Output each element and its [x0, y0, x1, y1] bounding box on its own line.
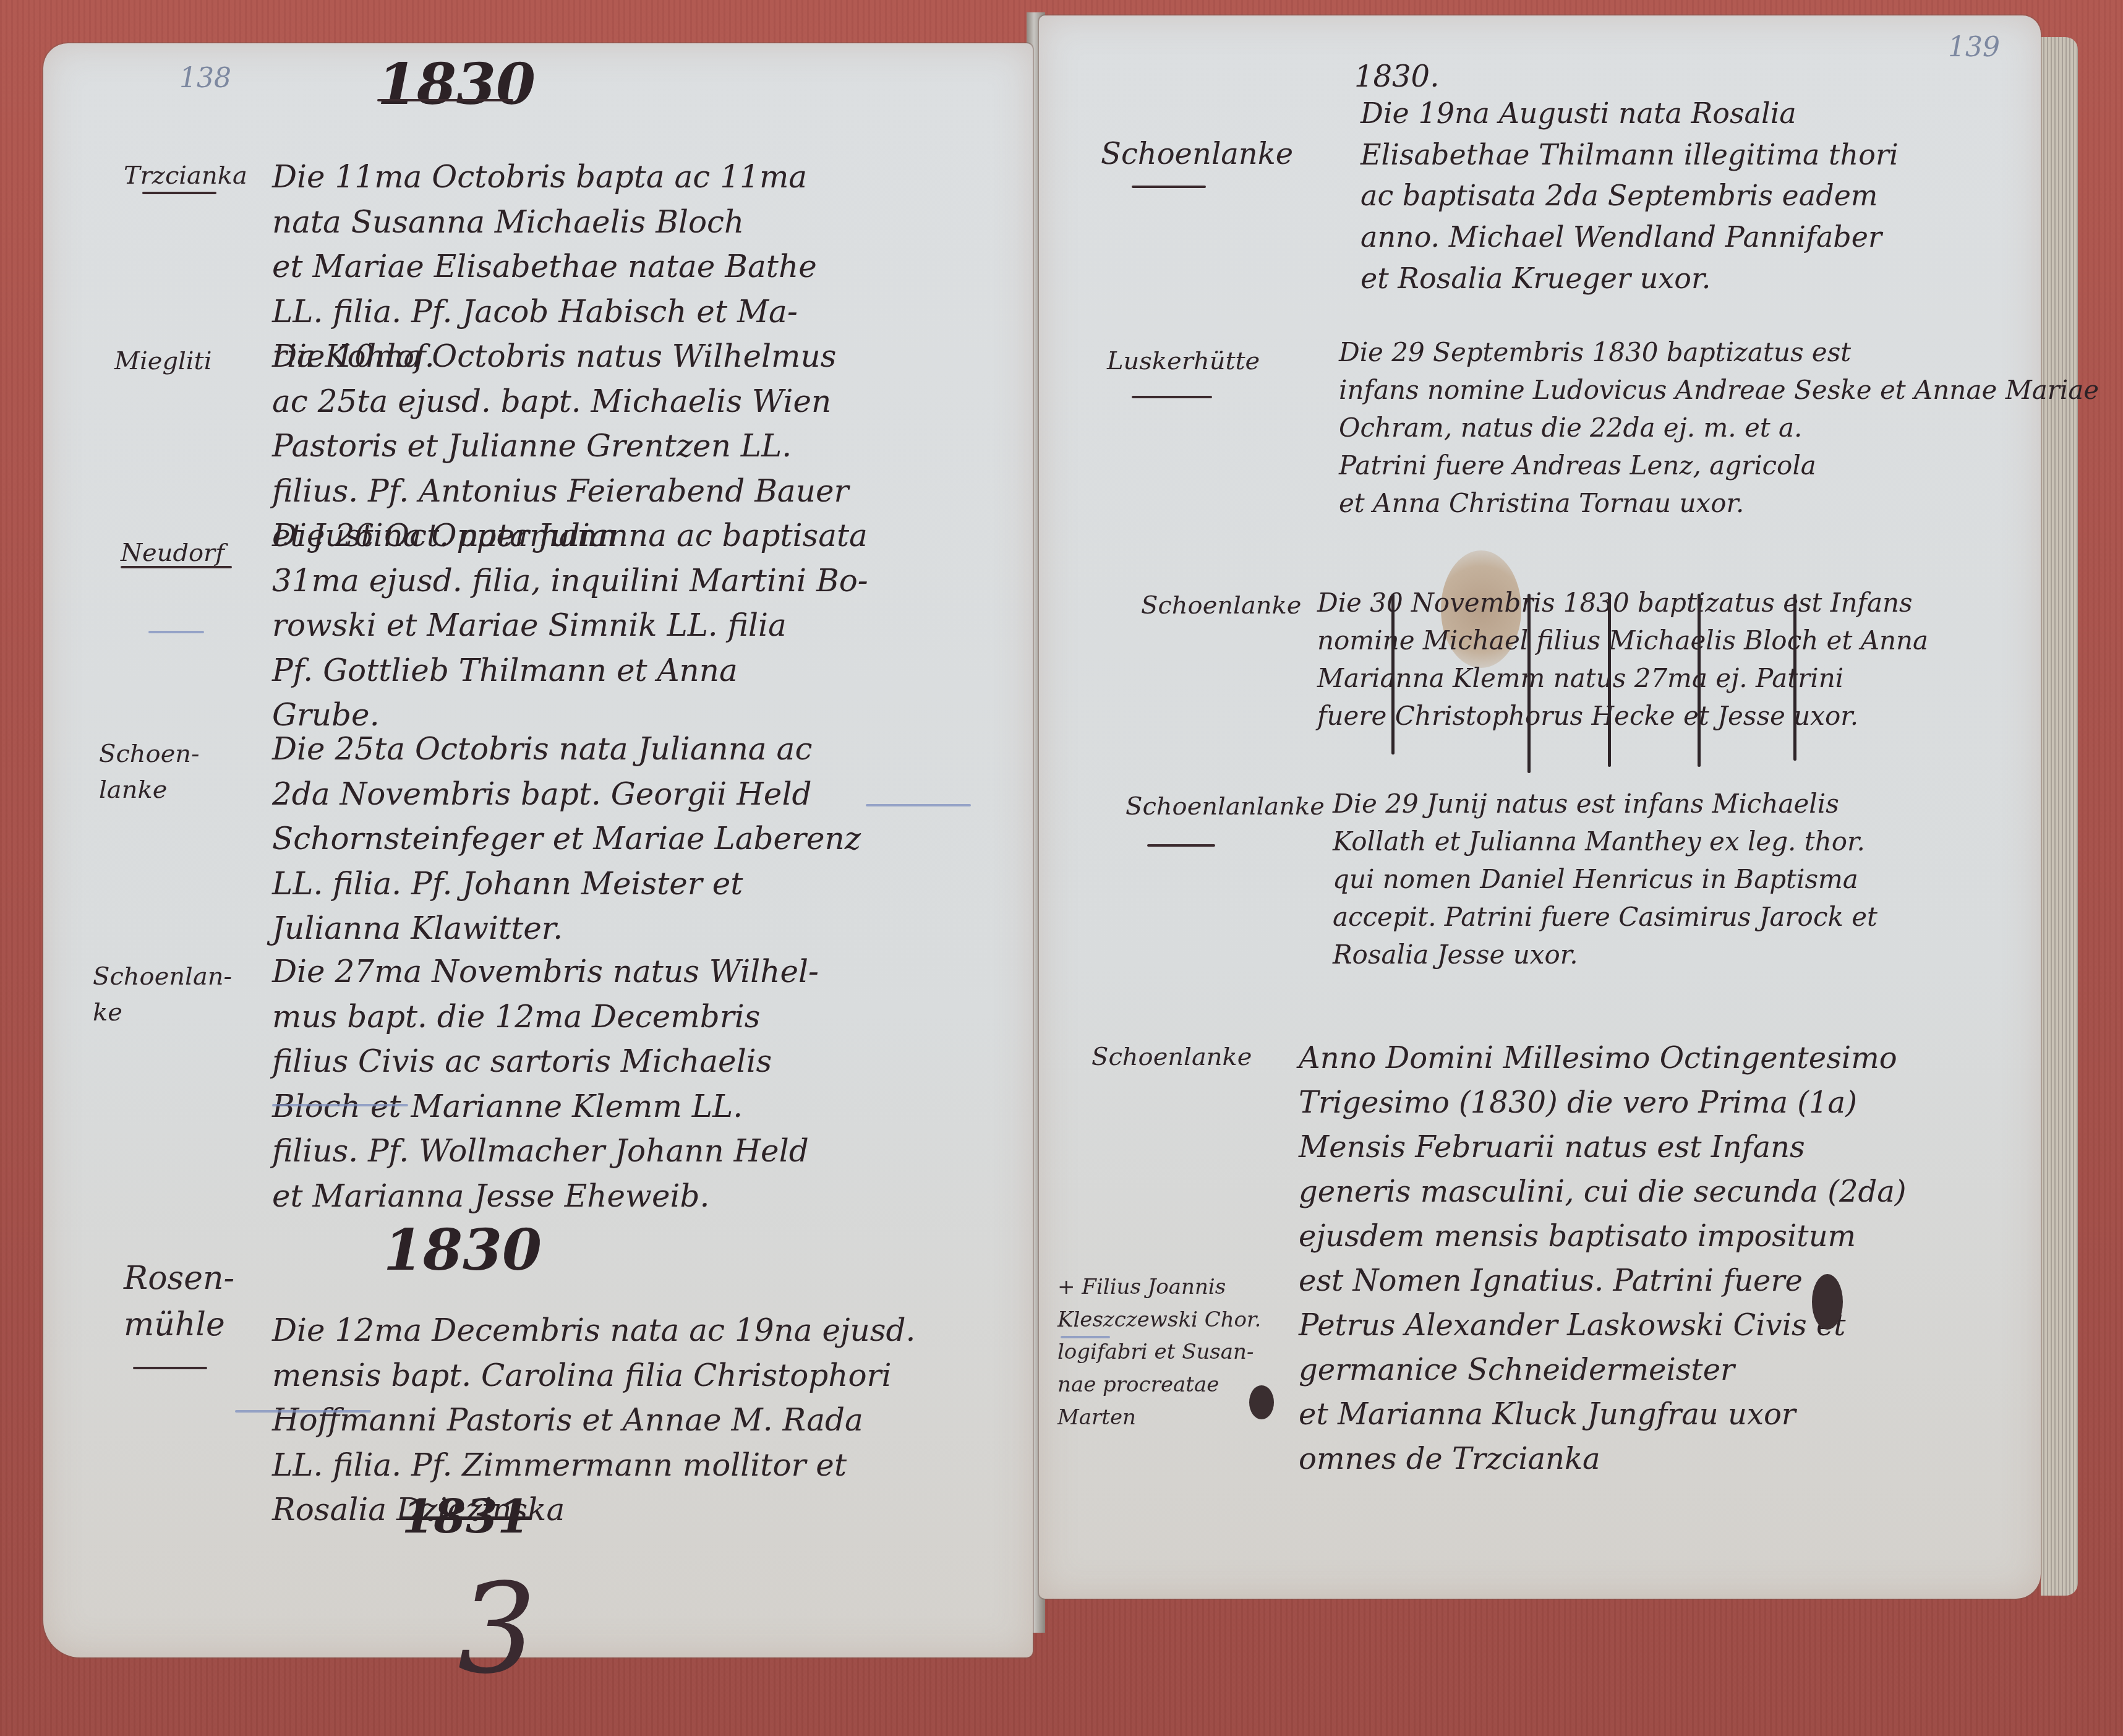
pencil-mark: [866, 804, 971, 806]
right-margin-place-2: Luskerhütte: [1107, 343, 1260, 379]
place-underline: [1132, 186, 1206, 188]
year-underline: [377, 99, 513, 101]
left-year-header: 1830: [377, 43, 536, 126]
strike-line: [1391, 594, 1395, 755]
place-underline: [121, 566, 232, 568]
place-underline: [1132, 396, 1212, 398]
right-page-number: 139: [1948, 28, 2000, 67]
pencil-mark: [148, 631, 204, 633]
margin-place-6: Rosen- mühle: [124, 1255, 234, 1349]
right-entry-4: Die 29 Junij natus est infans Michaelis …: [1333, 785, 1877, 973]
page-edges: [2041, 37, 2078, 1596]
right-margin-place-3: Schoenlanke: [1141, 588, 1301, 623]
left-page-number: 138: [179, 59, 231, 98]
right-margin-place-5: Schoenlanke: [1091, 1039, 1252, 1075]
strike-line: [1527, 594, 1531, 773]
margin-place-1: Trzcianka: [124, 158, 247, 194]
ink-blot: [1812, 1274, 1843, 1330]
pencil-mark: [235, 1410, 371, 1413]
strike-line: [1793, 594, 1796, 761]
entry-6: Die 12ma Decembris nata ac 19na ejusd. m…: [272, 1308, 915, 1533]
right-entry-1: Die 19na Augusti nata Rosalia Elisabetha…: [1361, 93, 1899, 299]
left-year-header-2: 1830: [383, 1209, 542, 1291]
right-entry-3: Die 30 Novembris 1830 baptizatus est Inf…: [1317, 584, 1928, 735]
baptism-side-note: + Filius Joannis Kleszczewski Chor. logi…: [1057, 1271, 1261, 1434]
pencil-mark: [1061, 1336, 1110, 1338]
entry-3: Die 26 Oct. nata Julianna ac baptisata 3…: [272, 513, 868, 738]
place-underline: [142, 192, 216, 194]
right-entry-2: Die 29 Septembris 1830 baptizatus est in…: [1339, 334, 2099, 522]
pencil-mark: [272, 1104, 408, 1106]
entry-4: Die 25ta Octobris nata Julianna ac 2da N…: [272, 727, 861, 951]
right-margin-place-1: Schoenlanke: [1101, 133, 1293, 176]
right-entry-5: Anno Domini Millesimo Octingentesimo Tri…: [1299, 1036, 1907, 1481]
bottom-mark: 3: [458, 1540, 536, 1719]
margin-place-4: Schoen- lanke: [99, 736, 200, 808]
place-underline: [133, 1367, 207, 1369]
margin-place-2: Miegliti: [114, 343, 211, 379]
strike-line: [1608, 594, 1611, 767]
entry-5: Die 27ma Novembris natus Wilhel- mus bap…: [272, 949, 819, 1218]
strike-line: [1698, 594, 1701, 767]
place-underline: [1147, 844, 1215, 847]
right-margin-place-4: Schoenlanlanke: [1126, 789, 1325, 824]
margin-place-5: Schoenlan- ke: [93, 959, 232, 1030]
